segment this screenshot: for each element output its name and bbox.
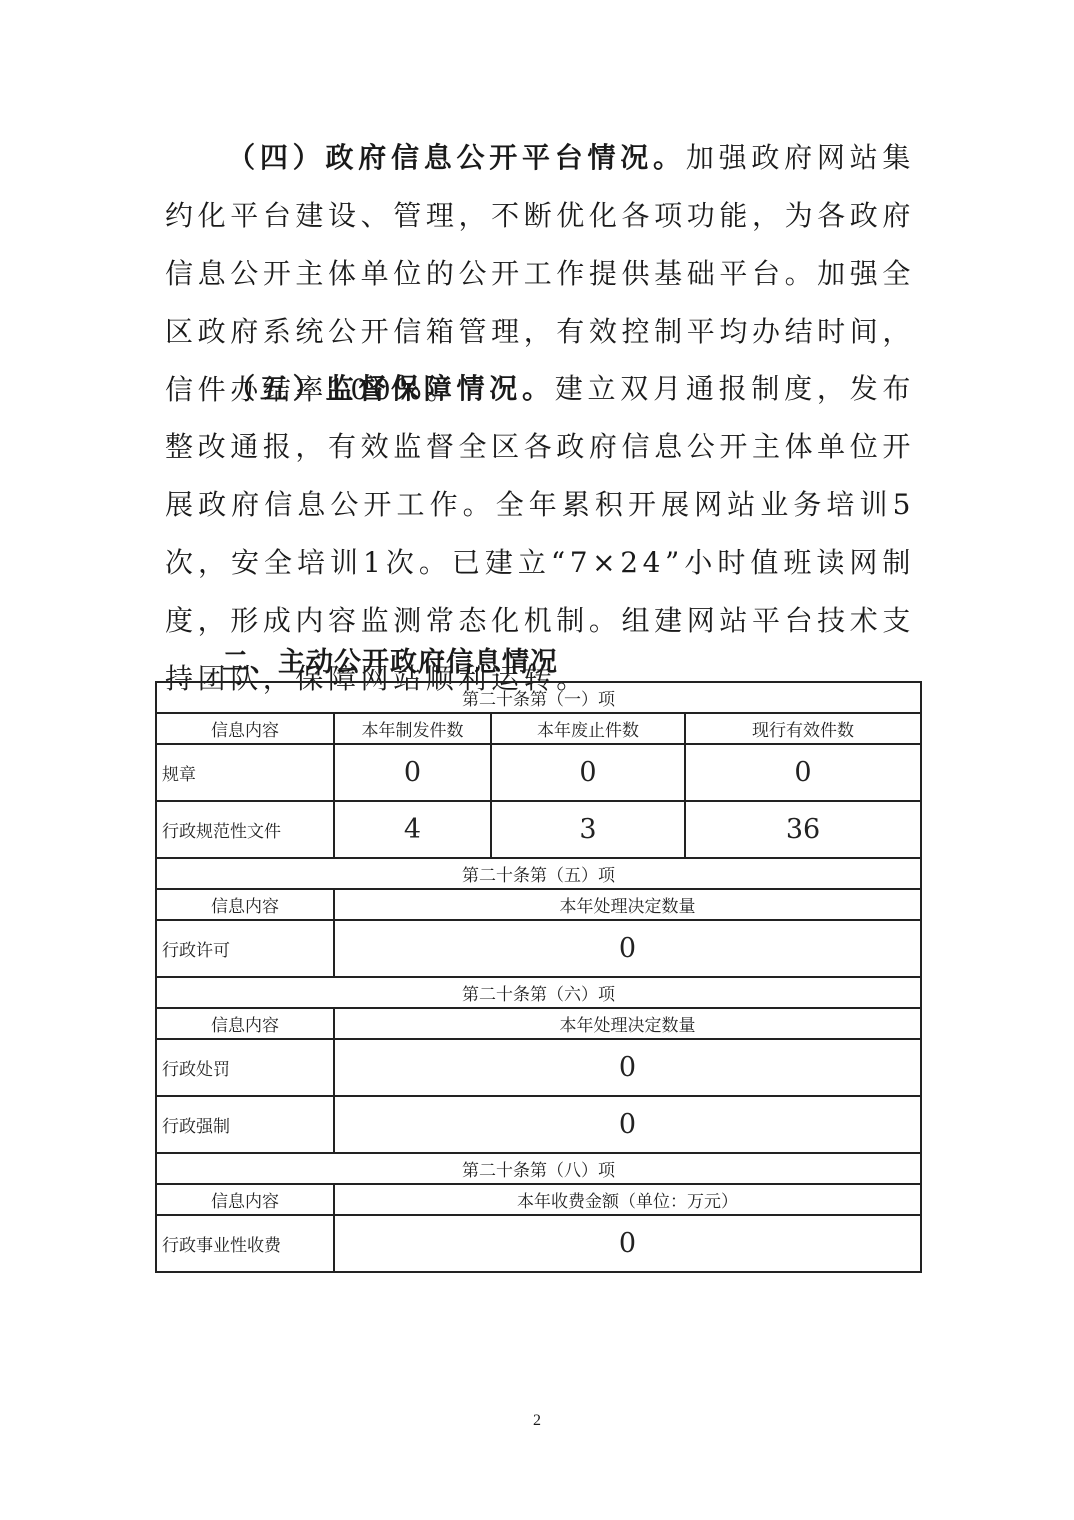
column-header: 信息内容 (156, 1184, 334, 1215)
section-heading: 二、主动公开政府信息情况 (222, 640, 558, 679)
cell-value: 4 (334, 801, 491, 858)
section-title-row: 第二十条第（一）项 (156, 682, 921, 713)
column-header: 信息内容 (156, 889, 334, 920)
section-title-row: 第二十条第（五）项 (156, 858, 921, 889)
cell-value: 0 (334, 1039, 921, 1096)
section-title-row: 第二十条第（八）项 (156, 1153, 921, 1184)
section-title: 第二十条第（八）项 (156, 1153, 921, 1184)
section-title: 第二十条第（五）项 (156, 858, 921, 889)
cell-value: 0 (334, 1096, 921, 1153)
section-title: 第二十条第（六）项 (156, 977, 921, 1008)
section-title: 第二十条第（一）项 (156, 682, 921, 713)
row-label: 行政许可 (156, 920, 334, 977)
column-header: 现行有效件数 (685, 713, 921, 744)
table-row: 行政处罚 0 (156, 1039, 921, 1096)
header-row: 信息内容 本年收费金额（单位：万元） (156, 1184, 921, 1215)
table-row: 行政强制 0 (156, 1096, 921, 1153)
column-header: 本年制发件数 (334, 713, 491, 744)
cell-value: 0 (334, 744, 491, 801)
row-label: 行政规范性文件 (156, 801, 334, 858)
column-header: 本年处理决定数量 (334, 889, 921, 920)
paragraph-lead: （五）监督保障情况。 (227, 372, 555, 405)
page-number: 2 (0, 1412, 1074, 1430)
row-label: 行政事业性收费 (156, 1215, 334, 1272)
header-row: 信息内容 本年处理决定数量 (156, 889, 921, 920)
column-header: 本年废止件数 (491, 713, 685, 744)
row-label: 行政强制 (156, 1096, 334, 1153)
row-label: 规章 (156, 744, 334, 801)
header-row: 信息内容 本年制发件数 本年废止件数 现行有效件数 (156, 713, 921, 744)
paragraph-lead: （四）政府信息公开平台情况。 (227, 141, 686, 174)
column-header: 本年处理决定数量 (334, 1008, 921, 1039)
row-label: 行政处罚 (156, 1039, 334, 1096)
cell-value: 0 (334, 920, 921, 977)
table-row: 行政事业性收费 0 (156, 1215, 921, 1272)
column-header: 信息内容 (156, 713, 334, 744)
table-row: 行政许可 0 (156, 920, 921, 977)
cell-value: 3 (491, 801, 685, 858)
column-header: 本年收费金额（单位：万元） (334, 1184, 921, 1215)
column-header: 信息内容 (156, 1008, 334, 1039)
cell-value: 0 (491, 744, 685, 801)
cell-value: 36 (685, 801, 921, 858)
table-row: 行政规范性文件 4 3 36 (156, 801, 921, 858)
header-row: 信息内容 本年处理决定数量 (156, 1008, 921, 1039)
cell-value: 0 (685, 744, 921, 801)
cell-value: 0 (334, 1215, 921, 1272)
section-title-row: 第二十条第（六）项 (156, 977, 921, 1008)
table-row: 规章 0 0 0 (156, 744, 921, 801)
disclosure-table: 第二十条第（一）项 信息内容 本年制发件数 本年废止件数 现行有效件数 规章 0… (155, 681, 922, 1273)
